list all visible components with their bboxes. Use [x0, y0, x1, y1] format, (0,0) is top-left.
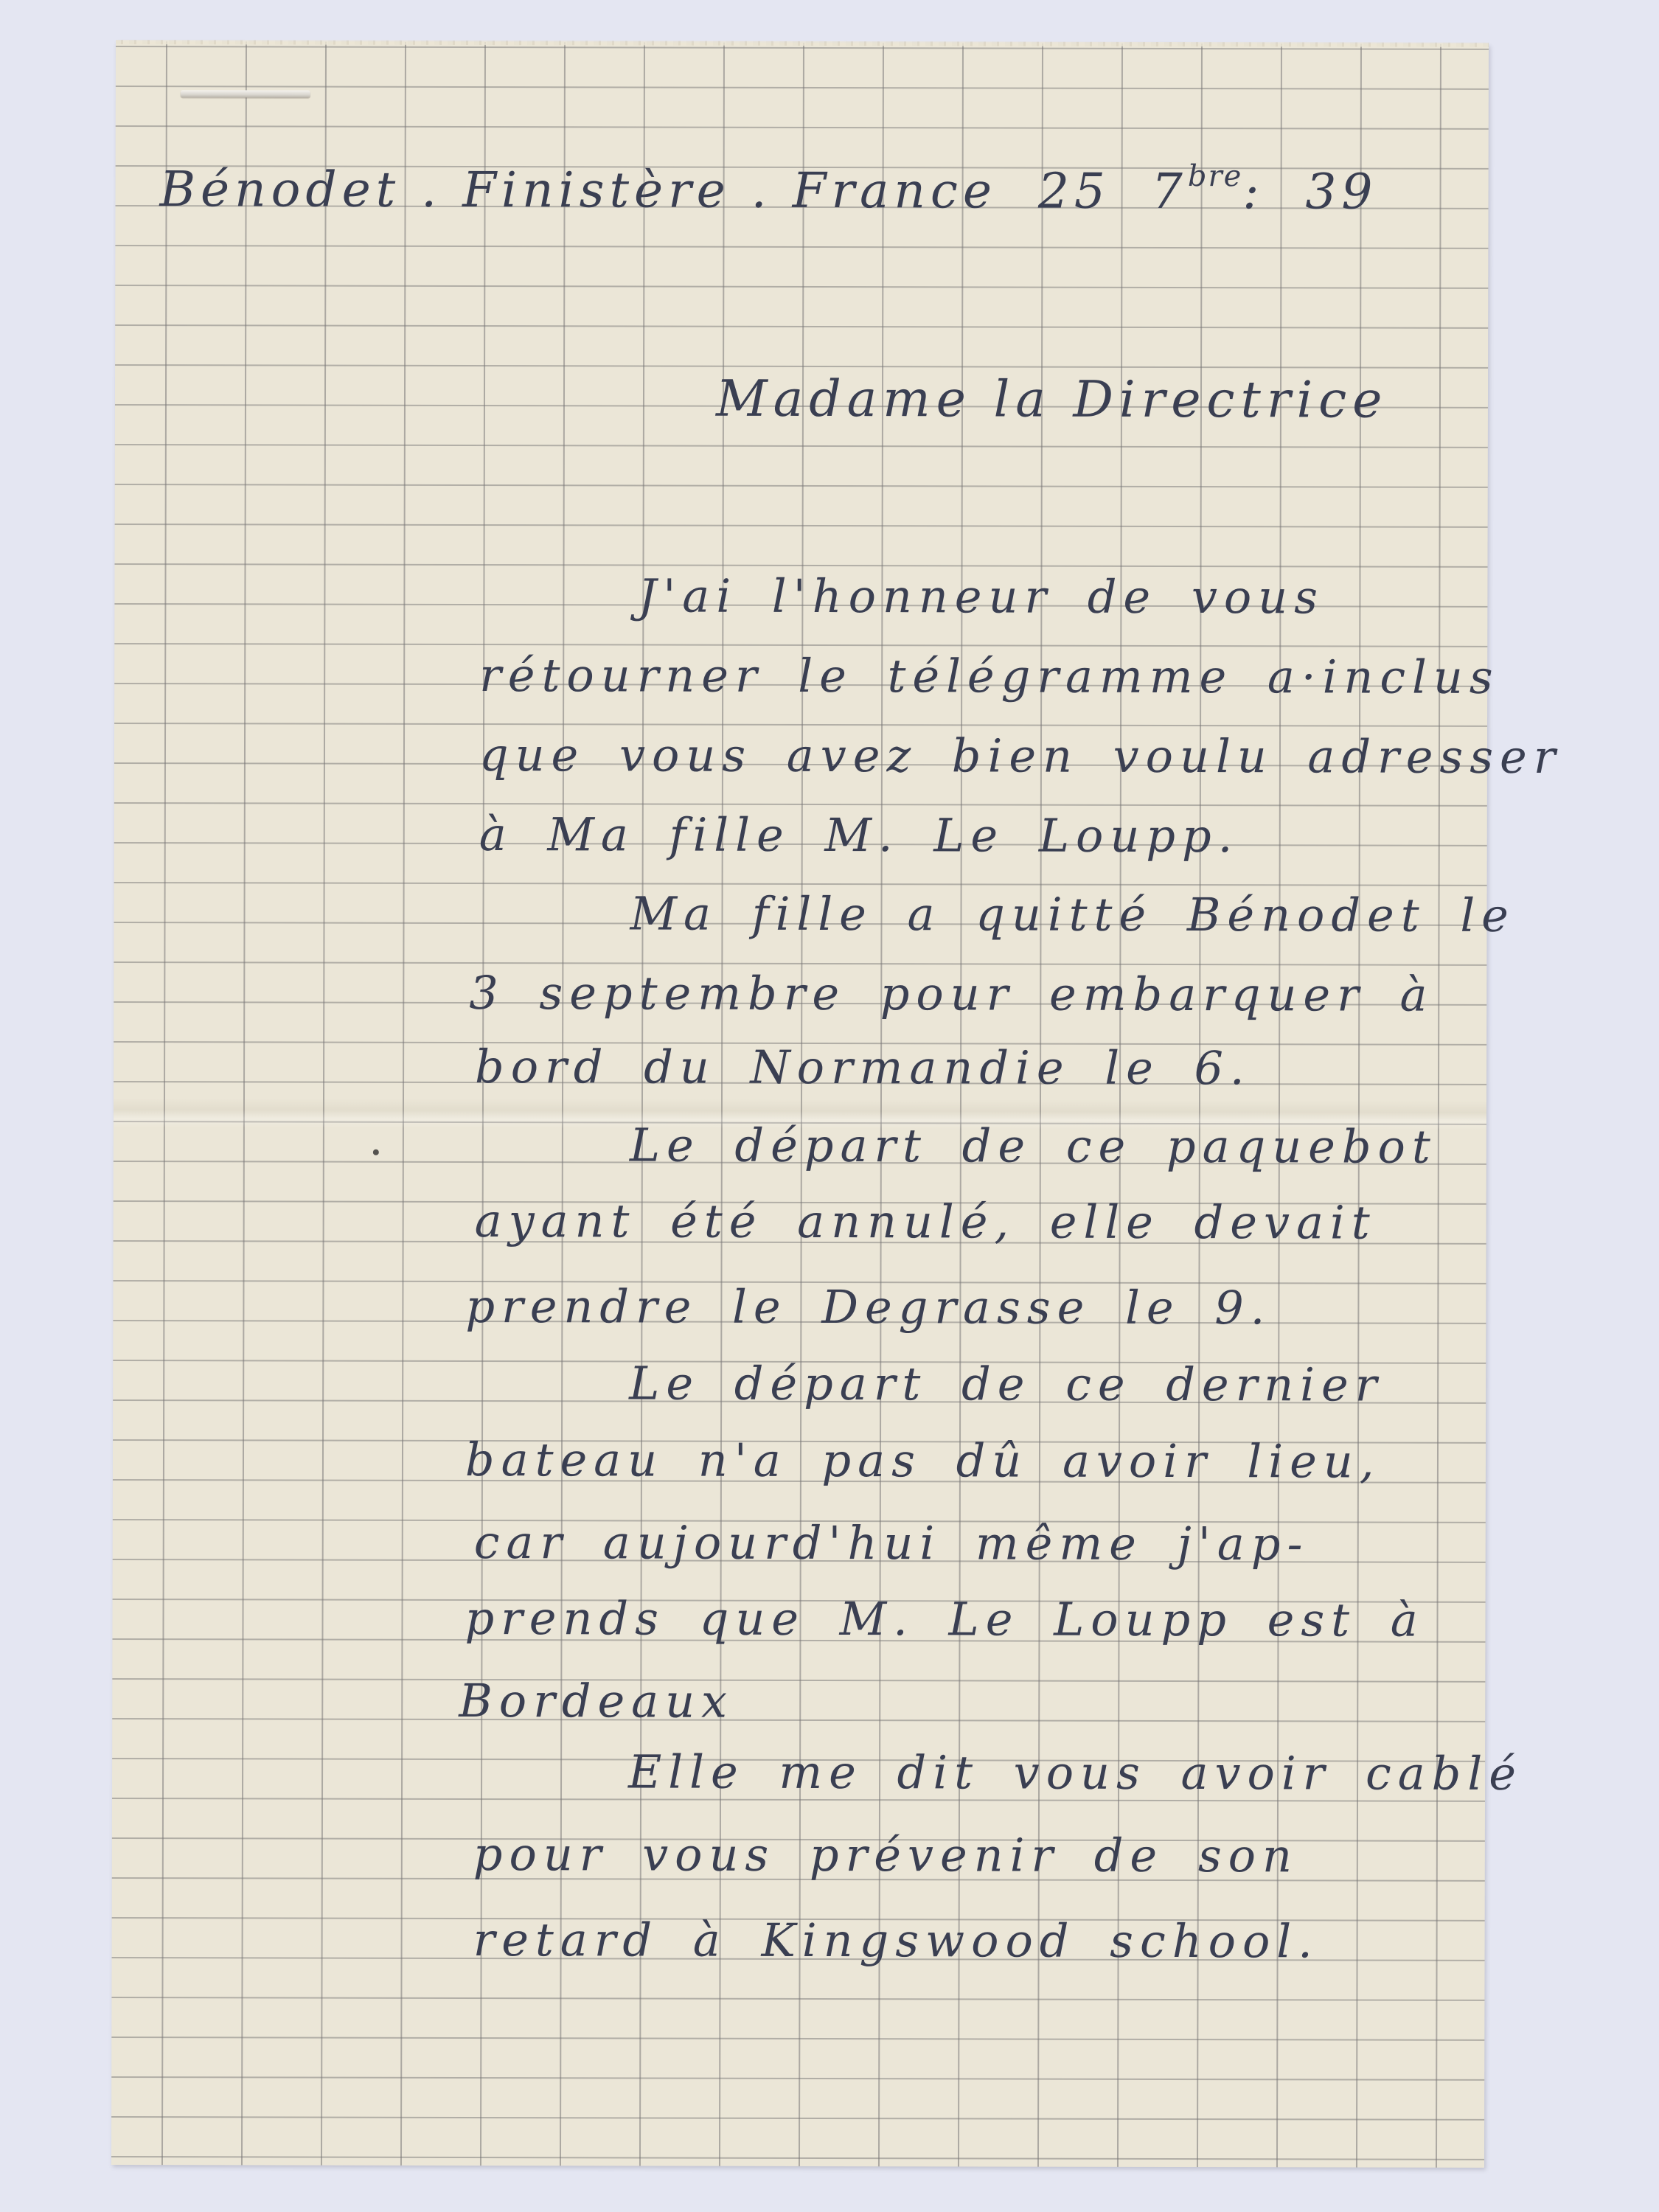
letter-heading-place-date: Bénodet . Finistère . France 25 7bre: 39	[160, 159, 1378, 216]
body-line: à Ma fille M. Le Loupp.	[479, 812, 1239, 859]
body-line: car aujourd'hui même j'ap-	[474, 1520, 1310, 1567]
country-name: France	[793, 162, 997, 220]
staple-mark	[181, 90, 310, 97]
date-month-superscript: bre	[1188, 159, 1243, 193]
body-line: pour vous prévenir de son	[473, 1832, 1298, 1879]
body-line: Ma fille a quitté Bénodet le	[630, 891, 1515, 939]
place-name: Bénodet	[159, 161, 400, 218]
date-month: 7	[1152, 163, 1188, 220]
ink-speck	[373, 1150, 379, 1155]
body-line: que vous avez bien voulu adresser	[479, 732, 1562, 780]
body-line: prendre le Degrasse le 9.	[465, 1284, 1271, 1331]
date-year: 39	[1305, 163, 1377, 220]
body-line: Elle me dit vous avoir cablé	[628, 1749, 1523, 1797]
heading-separator: .	[400, 161, 462, 218]
body-line: ayant été annulé, elle devait	[475, 1198, 1377, 1246]
body-line: bord du Normandie le 6.	[475, 1044, 1251, 1091]
date-month-dot: :	[1242, 163, 1264, 220]
body-line: Le départ de ce paquebot	[630, 1122, 1437, 1169]
date-day: 25	[1038, 163, 1110, 220]
body-line: rétourner le télégramme a·inclus	[479, 653, 1500, 700]
salutation: Madame la Directrice	[716, 375, 1388, 426]
heading-separator: .	[731, 162, 793, 219]
body-line: bateau n'a pas dû avoir lieu,	[465, 1437, 1381, 1485]
body-line: prends que M. Le Loupp est à	[465, 1596, 1424, 1644]
body-line: J'ai l'honneur de vous	[638, 573, 1324, 620]
body-line: Le départ de ce dernier	[629, 1360, 1383, 1408]
body-line: retard à Kingswood school.	[473, 1917, 1319, 1964]
department-name: Finistère	[462, 161, 731, 219]
body-line: Bordeaux	[459, 1678, 734, 1725]
body-line: 3 septembre pour embarquer à	[469, 970, 1433, 1018]
letter-sheet: Bénodet . Finistère . France 25 7bre: 39…	[111, 41, 1489, 2168]
